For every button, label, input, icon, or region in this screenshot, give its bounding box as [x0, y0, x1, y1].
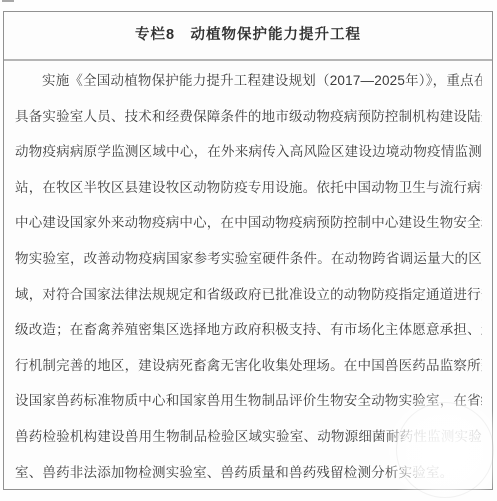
body-line: 具备实验室人员、技术和经费保障条件的地市级动物疫病预防控制机构建设陆生 [15, 99, 482, 135]
body-line: 级改造；在畜禽养殖密集区选择地方政府积极支持、有市场化主体愿意承担、运 [15, 312, 482, 348]
panel-title: 专栏8 动植物保护能力提升工程 [4, 12, 492, 59]
top-edge-fragment [2, 0, 14, 2]
body-line: 物实验室，改善动物疫病国家参考实验室硬件条件。在动物跨省调运量大的区 [15, 241, 482, 277]
screenshot-stage: 专栏8 动植物保护能力提升工程 实施《全国动植物保护能力提升工程建设规划（201… [0, 0, 497, 501]
body-line: 设国家兽药标准物质中心和国家兽用生物制品评价生物安全动物实验室，在省级 [15, 383, 482, 419]
body-line: 室、兽药非法添加物检测实验室、兽药质量和兽药残留检测分析实验室。 [15, 455, 482, 491]
body-line: 动物疫病病原学监测区域中心，在外来病传入高风险区建设边境动物疫情监测 [15, 134, 482, 170]
body-line: 行机制完善的地区，建设病死畜禽无害化收集处理场。在中国兽医药品监察所建 [15, 348, 482, 384]
body-line: 站，在牧区半牧区县建设牧区动物防疫专用设施。依托中国动物卫生与流行病学 [15, 170, 482, 206]
body-line: 兽药检验机构建设兽用生物制品检验区域实验室、动物源细菌耐药性监测实验 [15, 419, 482, 455]
column-panel: 专栏8 动植物保护能力提升工程 实施《全国动植物保护能力提升工程建设规划（201… [3, 11, 493, 490]
panel-body: 实施《全国动植物保护能力提升工程建设规划（2017—2025年）》，重点在 具备… [4, 61, 492, 490]
body-line: 域，对符合国家法律法规规定和省级政府已批准设立的动物防疫指定通道进行升 [15, 277, 482, 313]
body-line: 实施《全国动植物保护能力提升工程建设规划（2017—2025年）》，重点在 [15, 63, 482, 99]
body-line: 中心建设国家外来动物疫病中心，在中国动物疫病预防控制中心建设生物安全动 [15, 205, 482, 241]
